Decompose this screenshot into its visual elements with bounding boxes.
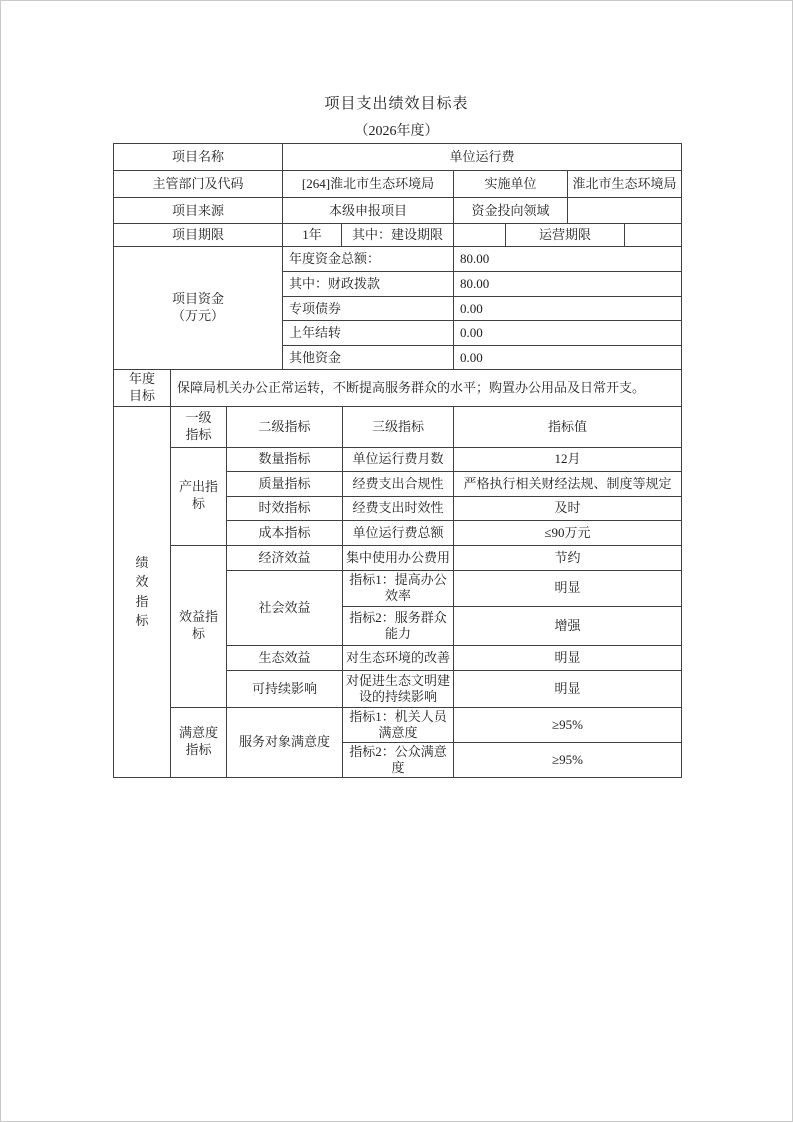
annual-goal-label-text: 年度目标 (126, 371, 157, 405)
funds-bond-label: 专项债券 (283, 297, 454, 321)
funds-fiscal-value: 80.00 (454, 272, 682, 297)
indicator-l3: 单位运行费月数 (343, 447, 454, 471)
implement-unit-value: 淮北市生态环境局 (568, 171, 682, 198)
indicator-l3: 对促进生态文明建设的持续影响 (343, 670, 454, 707)
annual-goal-text: 保障局机关办公正常运转，不断提高服务群众的水平；购置办公用品及日常开支。 (171, 370, 682, 407)
funds-total-label: 年度资金总额： (283, 247, 454, 272)
performance-section-label-text: 绩效指标 (134, 553, 150, 631)
performance-table: 绩效指标 一级指标 二级指标 三级指标 指标值 产出指标 数量指标 单位运行费月… (113, 406, 682, 778)
target-table: 项目名称 单位运行费 主管部门及代码 [264]淮北市生态环境局 实施单位 淮北… (113, 143, 682, 778)
project-source-value: 本级申报项目 (283, 198, 454, 224)
indicator-value: 明显 (454, 670, 682, 707)
implement-unit-label: 实施单位 (454, 171, 568, 198)
fund-direction-value (568, 198, 682, 224)
funds-fiscal-label: 其中：财政拨款 (283, 272, 454, 297)
header-level2: 二级指标 (227, 406, 343, 447)
document-title: 项目支出绩效目标表 (1, 92, 792, 113)
funds-carryover-value: 0.00 (454, 321, 682, 346)
funds-carryover-label: 上年结转 (283, 321, 454, 346)
indicator-l3: 指标2：公众满意度 (343, 742, 454, 777)
indicator-l2: 数量指标 (227, 447, 343, 471)
fund-direction-label: 资金投向领域 (454, 198, 568, 224)
indicator-l2: 成本指标 (227, 520, 343, 545)
annual-goal-table: 年度目标 保障局机关办公正常运转，不断提高服务群众的水平；购置办公用品及日常开支… (113, 369, 682, 407)
project-funds-table: 项目资金（万元） 年度资金总额： 80.00 其中：财政拨款 80.00 专项债… (113, 246, 682, 370)
construction-period-label: 其中：建设期限 (342, 224, 454, 247)
project-info-table: 项目名称 单位运行费 主管部门及代码 [264]淮北市生态环境局 实施单位 淮北… (113, 143, 682, 247)
indicator-value: 严格执行相关财经法规、制度等规定 (454, 471, 682, 496)
funds-section-label: 项目资金（万元） (114, 247, 283, 370)
operation-period-label: 运营期限 (506, 224, 625, 247)
indicator-value: 及时 (454, 496, 682, 520)
project-name-value: 单位运行费 (283, 144, 682, 171)
project-period-label: 项目期限 (114, 224, 283, 247)
header-value: 指标值 (454, 406, 682, 447)
indicator-l3: 指标1：提高办公效率 (343, 570, 454, 606)
indicator-l3: 单位运行费总额 (343, 520, 454, 545)
funds-bond-value: 0.00 (454, 297, 682, 321)
group-satisfaction-label: 满意度指标 (171, 707, 227, 777)
indicator-l2: 经济效益 (227, 545, 343, 570)
indicator-l3: 指标1：机关人员满意度 (343, 707, 454, 742)
project-period-value: 1年 (283, 224, 342, 247)
indicator-value: 增强 (454, 606, 682, 645)
group-benefit-label: 效益指标 (171, 545, 227, 707)
indicator-l2: 生态效益 (227, 645, 343, 670)
indicator-l3: 对生态环境的改善 (343, 645, 454, 670)
indicator-value: 明显 (454, 645, 682, 670)
indicator-l2: 质量指标 (227, 471, 343, 496)
indicator-l3: 指标2：服务群众能力 (343, 606, 454, 645)
performance-section-label: 绩效指标 (114, 406, 171, 777)
department-value: [264]淮北市生态环境局 (283, 171, 454, 198)
indicator-value: ≥95% (454, 707, 682, 742)
header-level1: 一级指标 (171, 406, 227, 447)
funds-section-label-text: 项目资金（万元） (167, 291, 228, 325)
document-page: 项目支出绩效目标表 （2026年度） 项目名称 单位运行费 主管部门及代码 [2… (0, 0, 793, 1122)
header-level3: 三级指标 (343, 406, 454, 447)
funds-other-value: 0.00 (454, 346, 682, 370)
operation-period-value (625, 224, 682, 247)
annual-goal-label: 年度目标 (114, 370, 171, 407)
construction-period-value (454, 224, 506, 247)
indicator-l3: 集中使用办公费用 (343, 545, 454, 570)
indicator-l3: 经费支出时效性 (343, 496, 454, 520)
indicator-value: 明显 (454, 570, 682, 606)
indicator-l3: 经费支出合规性 (343, 471, 454, 496)
project-source-label: 项目来源 (114, 198, 283, 224)
indicator-l2: 服务对象满意度 (227, 707, 343, 777)
indicator-value: 节约 (454, 545, 682, 570)
department-label: 主管部门及代码 (114, 171, 283, 198)
funds-other-label: 其他资金 (283, 346, 454, 370)
indicator-value: ≥95% (454, 742, 682, 777)
indicator-value: ≤90万元 (454, 520, 682, 545)
group-output-label: 产出指标 (171, 447, 227, 545)
indicator-value: 12月 (454, 447, 682, 471)
indicator-l2: 时效指标 (227, 496, 343, 520)
funds-total-value: 80.00 (454, 247, 682, 272)
document-subtitle: （2026年度） (1, 120, 792, 140)
indicator-l2: 可持续影响 (227, 670, 343, 707)
indicator-l2: 社会效益 (227, 570, 343, 645)
project-name-label: 项目名称 (114, 144, 283, 171)
